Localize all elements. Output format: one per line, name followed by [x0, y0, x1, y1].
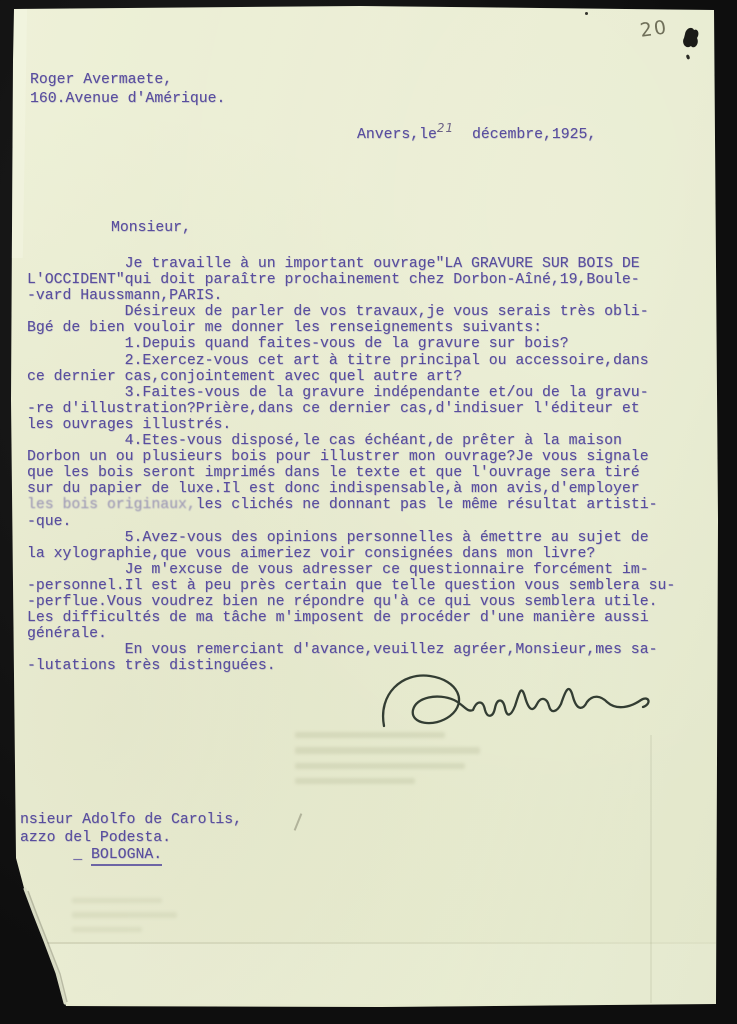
scan-background: Roger Avermaete,160.Avenue d'Amérique. A…: [0, 0, 737, 1024]
paper-tear-edge: [0, 0, 737, 1024]
